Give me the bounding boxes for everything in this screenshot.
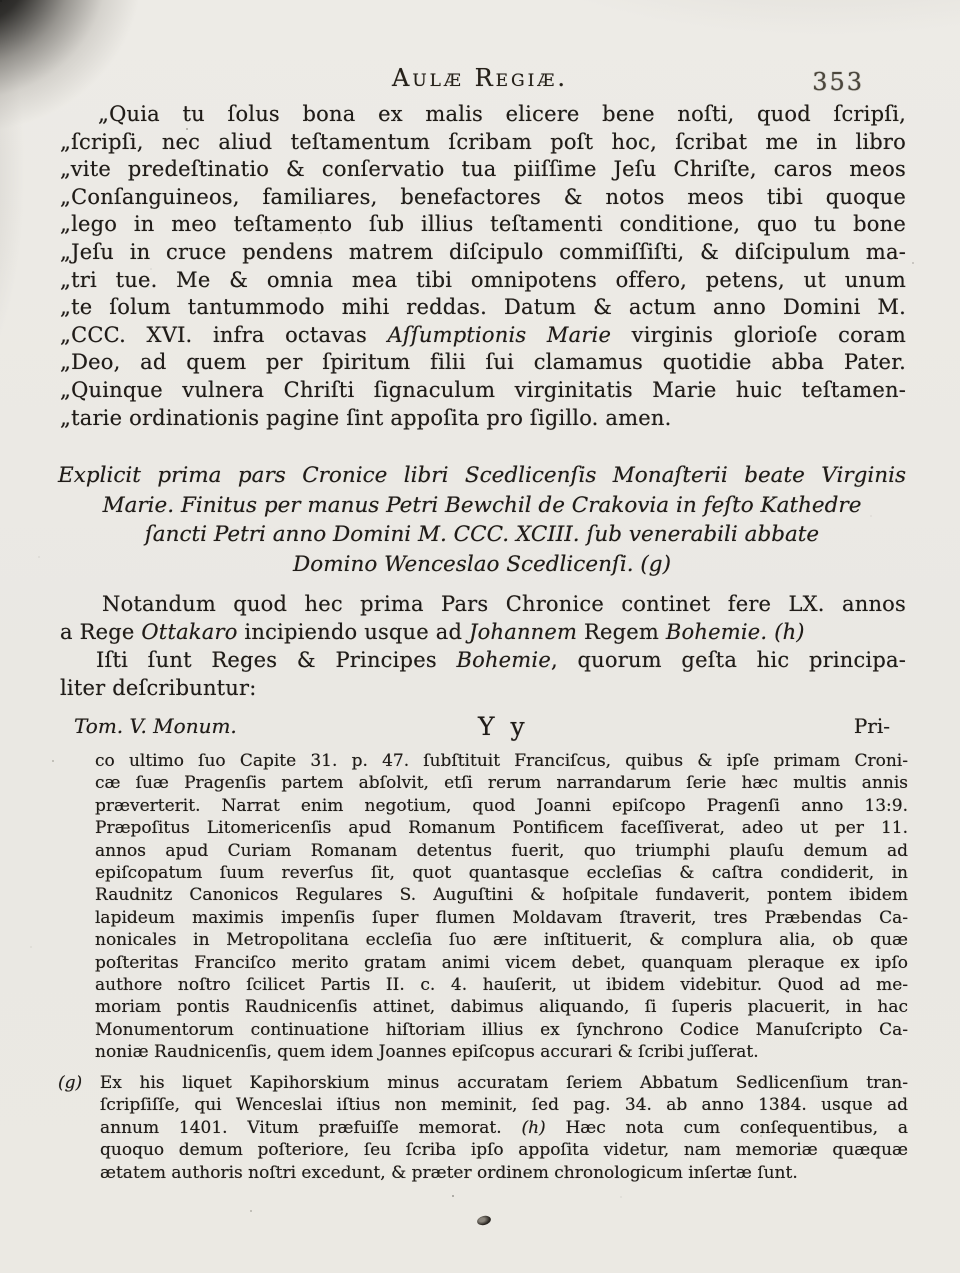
footnote-g-and-h: (g) Ex his liquet Kapihorskium minus acc… (58, 1072, 908, 1184)
text-line: „Quinque vulnera Chriſti ſignaculum virg… (60, 377, 906, 405)
text-line: „tri tue. Me & omnia mea tibi omnipotens… (60, 267, 906, 295)
signature-line: Tom. V. Monum. Y y Pri- (60, 712, 906, 744)
testament-paragraph: „Quia tu ſolus bona ex malis elicere ben… (60, 101, 906, 432)
page-ornament (476, 1214, 492, 1226)
text-line: epiſcopatum ſuum reverſus ſit, quot quan… (95, 862, 908, 884)
book-page-scan: Aulæ Regiæ. 353 „Quia tu ſolus bona ex m… (0, 0, 960, 1273)
text-line: ætatem authoris noſtri excedunt, & præte… (100, 1162, 908, 1184)
text-line: poſteritas Franciſco merito gratam animi… (95, 952, 908, 974)
text-line: Notandum quod hec prima Pars Chronice co… (60, 590, 906, 618)
scan-dust-specks (0, 0, 2, 2)
text-line: „CCC. XVI. infra octavas Aſſumptionis Ma… (60, 322, 906, 350)
text-line: Explicit prima pars Cronice libri Scedli… (58, 461, 906, 491)
text-line: annum 1401. Vitum præfuiſſe memorat. (h)… (100, 1117, 908, 1139)
text-line: quoquo demum poſteriore, ſeu ſcriba ipſo… (100, 1139, 908, 1161)
volume-signature: Tom. V. Monum. (74, 714, 237, 738)
notandum-paragraph: Notandum quod hec prima Pars Chronice co… (60, 590, 906, 702)
text-line: liter deſcribuntur: (60, 674, 906, 702)
text-line: „Jeſu in cruce pendens matrem diſcipulo … (60, 239, 906, 267)
text-line: ſcripſiſſe, qui Wenceslai iſtius non mem… (100, 1094, 908, 1116)
text-line: Præpoſitus Litomericenſis apud Romanum P… (95, 817, 908, 839)
text-line: „Conſanguineos, familiares, benefactores… (60, 184, 906, 212)
gathering-signature: Y y (478, 712, 529, 741)
text-line: co ultimo ſuo Capite 31. p. 47. ſubſtitu… (95, 750, 908, 772)
text-line: „lego in meo teſtamento ſub illius teſta… (60, 211, 906, 239)
text-line: annos apud Curiam Romanam detentus fueri… (95, 840, 908, 862)
text-line: „Quia tu ſolus bona ex malis elicere ben… (60, 101, 906, 129)
text-line: authore noſtro ſcilicet Partis II. c. 4.… (95, 974, 908, 996)
text-line: Monumentorum continuatione hiſtoriam ill… (95, 1019, 908, 1041)
text-line: „Deo, ad quem per ſpiritum filii ſui cla… (60, 349, 906, 377)
explicit-colophon: Explicit prima pars Cronice libri Scedli… (58, 461, 906, 579)
text-line: Raudnitz Canonicos Regulares S. Auguſtin… (95, 884, 908, 906)
text-line: ſancti Petri anno Domini M. CCC. XCIII. … (58, 520, 906, 550)
catchword: Pri- (854, 714, 890, 738)
text-line: lapideum maximis impenſis ſuper flumen M… (95, 907, 908, 929)
text-line: Domino Wenceslao Scedlicenſi. (g) (58, 550, 906, 580)
page-number: 353 (812, 68, 864, 96)
text-line: „vite predeſtinatio & conſervatio tua pi… (60, 156, 906, 184)
footnote-continuation-text: co ultimo ſuo Capite 31. p. 47. ſubſtitu… (95, 750, 908, 1064)
text-line: moriam pontis Raudnicenſis attinet, dabi… (95, 996, 908, 1018)
text-line: Marie. Finitus per manus Petri Bewchil d… (58, 491, 906, 521)
text-line: præverterit. Narrat enim negotium, quod … (95, 795, 908, 817)
text-line: Iſti ſunt Reges & Principes Bohemie, quo… (60, 646, 906, 674)
text-line: (g) Ex his liquet Kapihorskium minus acc… (100, 1072, 908, 1094)
text-line: „tarie ordinationis pagine ſint appoſita… (60, 405, 906, 433)
text-line: noniæ Raudnicenſis, quem idem Joannes ep… (95, 1041, 908, 1063)
text-line: nonicales in Metropolitana eccleſia ſuo … (95, 929, 908, 951)
text-line: „ſcripſi, nec aliud teſtamentum ſcribam … (60, 129, 906, 157)
text-line: cæ ſuæ Pragenſis partem abſolvit, etſi r… (95, 772, 908, 794)
text-line: a Rege Ottakaro incipiendo usque ad Joha… (60, 618, 906, 646)
text-line: „te ſolum tantummodo mihi reddas. Datum … (60, 294, 906, 322)
